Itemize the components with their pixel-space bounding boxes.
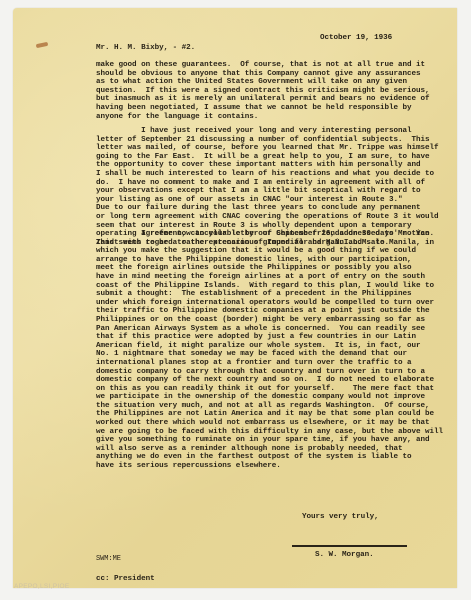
text-line: will also serve as a reminder although n…	[96, 445, 443, 454]
paragraph-3: I refer now to your letter of September …	[96, 230, 443, 471]
text-line: Philippines or on the coast (border) mig…	[96, 316, 443, 325]
text-line: I have just received your long and very …	[96, 127, 439, 136]
text-line: No. 1 nightmare that someday we may be f…	[96, 350, 443, 359]
text-line: anyone for the language it contains.	[96, 113, 430, 122]
text-line: do. I have no comment to make and I am e…	[96, 179, 439, 188]
text-line: meet the foreign airlines outside the Ph…	[96, 264, 443, 273]
text-line: which you make the suggestion that it wo…	[96, 247, 443, 256]
text-line: going to the Far East. It will be a grea…	[96, 153, 439, 162]
text-line: letter of September 21 discussing a numb…	[96, 136, 439, 145]
text-line: worked out there which would not embarra…	[96, 419, 443, 428]
paper-stain	[36, 42, 49, 48]
text-line: domestic company to carry through that c…	[96, 368, 443, 377]
text-line: Zandt with regard to the extension of Im…	[96, 239, 443, 248]
archive-stamp: APEPO,LSI,PIOE	[14, 583, 70, 590]
text-line: submit a thought: The establishment of a…	[96, 290, 443, 299]
text-line: domestic company of the next country and…	[96, 376, 443, 385]
signer-name: S. W. Morgan.	[315, 551, 374, 560]
text-line: the situation very much, and not at all …	[96, 402, 443, 411]
text-line: anything we do even in the farthest outp…	[96, 453, 443, 462]
text-line: their traffic to Philippine domestic com…	[96, 307, 443, 316]
text-line: Pan American Airways System as a whole i…	[96, 325, 443, 334]
text-line: your listing as one of our assets in CNA…	[96, 196, 439, 205]
text-line: we are going to be faced with this diffi…	[96, 428, 443, 437]
text-line: under which foreign international operat…	[96, 299, 443, 308]
text-line: but inasmuch as it is merely an unilater…	[96, 95, 430, 104]
text-line: your observations except that I am a lit…	[96, 187, 439, 196]
text-line: Due to our failure during the last three…	[96, 204, 439, 213]
text-line: have its serious repercussions elsewhere…	[96, 462, 443, 471]
text-line: that if this practice were adopted by ju…	[96, 333, 443, 342]
text-line: I shall be much interested to learn of h…	[96, 170, 439, 179]
text-line: the Philippines are not Latin America an…	[96, 410, 443, 419]
signature-line	[292, 545, 407, 547]
letter-date: October 19, 1936	[320, 34, 392, 43]
text-line: I refer now to your letter of September …	[96, 230, 443, 239]
text-line: coast of the Philippine Islands. With re…	[96, 282, 443, 291]
text-line: question. If this were a signed contract…	[96, 87, 430, 96]
text-line: give you something to ruminate on in you…	[96, 436, 443, 445]
closing: Yours very truly,	[302, 513, 379, 522]
text-line: seem that our interest in Route 3 is who…	[96, 222, 439, 231]
recipient-header: Mr. H. M. Bixby, - #2.	[96, 44, 195, 53]
text-line: have in mind meeting the foreign airline…	[96, 273, 443, 282]
text-line: letter was mailed, of course, before you…	[96, 144, 439, 153]
text-line: international planes stop at a frontier …	[96, 359, 443, 368]
text-line: should be obvious to anyone that this Co…	[96, 70, 430, 79]
text-line: American field, it might paralize our wh…	[96, 342, 443, 351]
text-line: or long term agreement with CNAC coverin…	[96, 213, 439, 222]
text-line: arrange to have the Philippine domestic …	[96, 256, 443, 265]
text-line: on this as you can readily think it out …	[96, 385, 443, 394]
carbon-copy-line: cc: President	[96, 575, 155, 584]
text-line: as to what action the United States Gove…	[96, 78, 430, 87]
text-line: make good on these guarantees. Of course…	[96, 61, 430, 70]
text-line: having been negotiated, I assume that we…	[96, 104, 430, 113]
text-line: we participate in the ownership of the d…	[96, 393, 443, 402]
typist-initials: SWM:ME	[96, 555, 121, 564]
text-line: the opportunity to cover these important…	[96, 161, 439, 170]
paragraph-1: make good on these guarantees. Of course…	[96, 61, 430, 121]
